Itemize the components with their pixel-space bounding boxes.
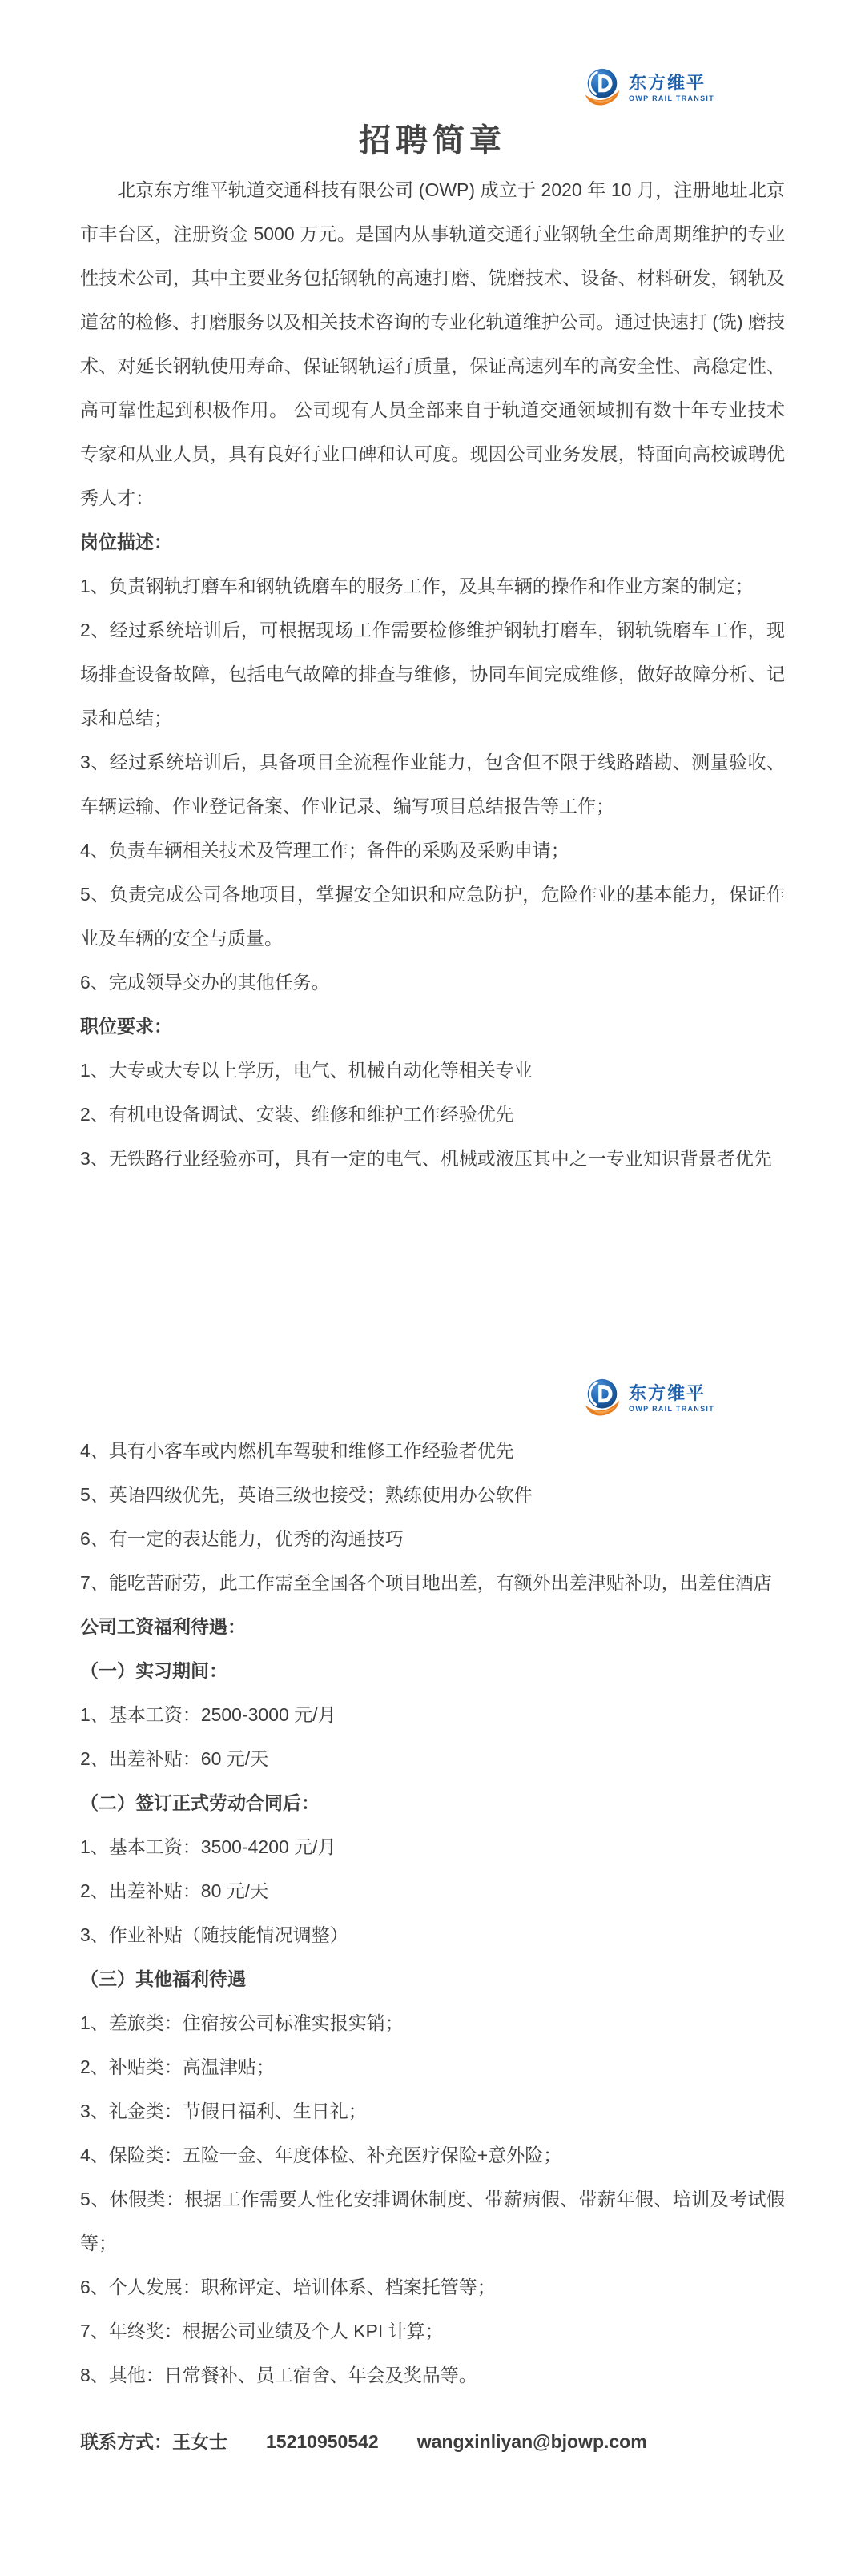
welfare-item: 2、补贴类：高温津贴；: [80, 2045, 785, 2089]
job-req-item: 6、有一定的表达能力，优秀的沟通技巧: [80, 1517, 785, 1561]
job-req-item: 3、无铁路行业经验亦可，具有一定的电气、机械或液压其中之一专业知识背景者优先: [80, 1137, 785, 1181]
page2-content: 4、具有小客车或内燃机车驾驶和维修工作经验者优先 5、英语四级优先，英语三级也接…: [0, 1419, 865, 2464]
job-desc-item: 1、负责钢轨打磨车和钢轨铣磨车的服务工作，及其车辆的操作和作业方案的制定；: [80, 564, 785, 608]
logo-text-cn: 东方维平: [629, 1383, 714, 1404]
welfare-item: 1、基本工资：2500-3000 元/月: [80, 1693, 785, 1737]
welfare-item: 6、个人发展：职称评定、培训体系、档案托管等；: [80, 2265, 785, 2309]
job-req-item: 5、英语四级优先，英语三级也接受；熟练使用办公软件: [80, 1473, 785, 1517]
job-desc-item: 6、完成领导交办的其他任务。: [80, 961, 785, 1005]
welfare-subheading-other-benefits: （三）其他福利待遇: [80, 1957, 785, 2001]
welfare-subheading-formal-contract: （二）签订正式劳动合同后：: [80, 1781, 785, 1825]
company-logo: 东方维平 OWP RAIL TRANSIT: [581, 67, 714, 109]
company-logo: 东方维平 OWP RAIL TRANSIT: [581, 1378, 714, 1419]
welfare-item: 5、休假类：根据工作需要人性化安排调休制度、带薪病假、带薪年假、培训及考试假等；: [80, 2177, 785, 2265]
welfare-item: 1、基本工资：3500-4200 元/月: [80, 1825, 785, 1869]
job-desc-item: 5、负责完成公司各地项目，掌握安全知识和应急防护，危险作业的基本能力，保证作业及…: [80, 873, 785, 961]
page1-content: 北京东方维平轨道交通科技有限公司 (OWP) 成立于 2020 年 10 月，注…: [0, 168, 865, 1181]
recruitment-document: 东方维平 OWP RAIL TRANSIT 招聘简章 北京东方维平轨道交通科技有…: [0, 0, 865, 2576]
welfare-item: 1、差旅类：住宿按公司标准实报实销；: [80, 2001, 785, 2045]
bottom-padding: [0, 2464, 865, 2576]
welfare-item: 4、保险类：五险一金、年度体检、补充医疗保险+意外险；: [80, 2133, 785, 2177]
welfare-item: 3、作业补贴（随技能情况调整）: [80, 1913, 785, 1957]
logo-text-cn: 东方维平: [629, 73, 714, 94]
contact-email: wangxinliyan@bjowp.com: [417, 2431, 647, 2452]
welfare-item: 8、其他：日常餐补、员工宿舍、年会及奖品等。: [80, 2353, 785, 2397]
job-req-item: 2、有机电设备调试、安装、维修和维护工作经验优先: [80, 1093, 785, 1137]
welfare-item: 2、出差补贴：80 元/天: [80, 1869, 785, 1913]
page2-logo-row: 东方维平 OWP RAIL TRANSIT: [0, 1181, 865, 1419]
job-desc-item: 3、经过系统培训后，具备项目全流程作业能力，包含但不限于线路踏勘、测量验收、车辆…: [80, 740, 785, 829]
logo-globe-icon: [581, 67, 623, 109]
job-desc-item: 2、经过系统培训后，可根据现场工作需要检修维护钢轨打磨车，钢轨铣磨车工作，现场排…: [80, 608, 785, 740]
job-req-item: 4、具有小客车或内燃机车驾驶和维修工作经验者优先: [80, 1429, 785, 1473]
page-title: 招聘简章: [0, 122, 865, 160]
logo-text-en: OWP RAIL TRANSIT: [629, 1404, 714, 1414]
section-heading-job-description: 岗位描述：: [80, 520, 785, 564]
contact-name: 王女士: [172, 2431, 227, 2452]
logo-globe-icon: [581, 1378, 623, 1419]
intro-paragraph: 北京东方维平轨道交通科技有限公司 (OWP) 成立于 2020 年 10 月，注…: [80, 168, 785, 520]
welfare-item: 3、礼金类：节假日福利、生日礼；: [80, 2089, 785, 2133]
welfare-subheading-internship: （一）实习期间：: [80, 1649, 785, 1693]
section-heading-welfare: 公司工资福利待遇：: [80, 1605, 785, 1649]
job-req-item: 7、能吃苦耐劳，此工作需至全国各个项目地出差，有额外出差津贴补助，出差住酒店: [80, 1561, 785, 1605]
contact-label: 联系方式：: [80, 2431, 172, 2452]
logo-text-block: 东方维平 OWP RAIL TRANSIT: [629, 1383, 714, 1414]
welfare-item: 2、出差补贴：60 元/天: [80, 1737, 785, 1781]
page1-logo-row: 东方维平 OWP RAIL TRANSIT: [0, 0, 865, 109]
welfare-item: 7、年终奖：根据公司业绩及个人 KPI 计算；: [80, 2309, 785, 2353]
section-heading-job-requirements: 职位要求：: [80, 1005, 785, 1049]
job-req-item: 1、大专或大专以上学历，电气、机械自动化等相关专业: [80, 1049, 785, 1093]
contact-line: 联系方式：王女士15210950542wangxinliyan@bjowp.co…: [80, 2420, 785, 2464]
logo-text-en: OWP RAIL TRANSIT: [629, 94, 714, 103]
job-desc-item: 4、负责车辆相关技术及管理工作；备件的采购及采购申请；: [80, 829, 785, 873]
logo-text-block: 东方维平 OWP RAIL TRANSIT: [629, 73, 714, 103]
contact-phone: 15210950542: [266, 2431, 379, 2452]
